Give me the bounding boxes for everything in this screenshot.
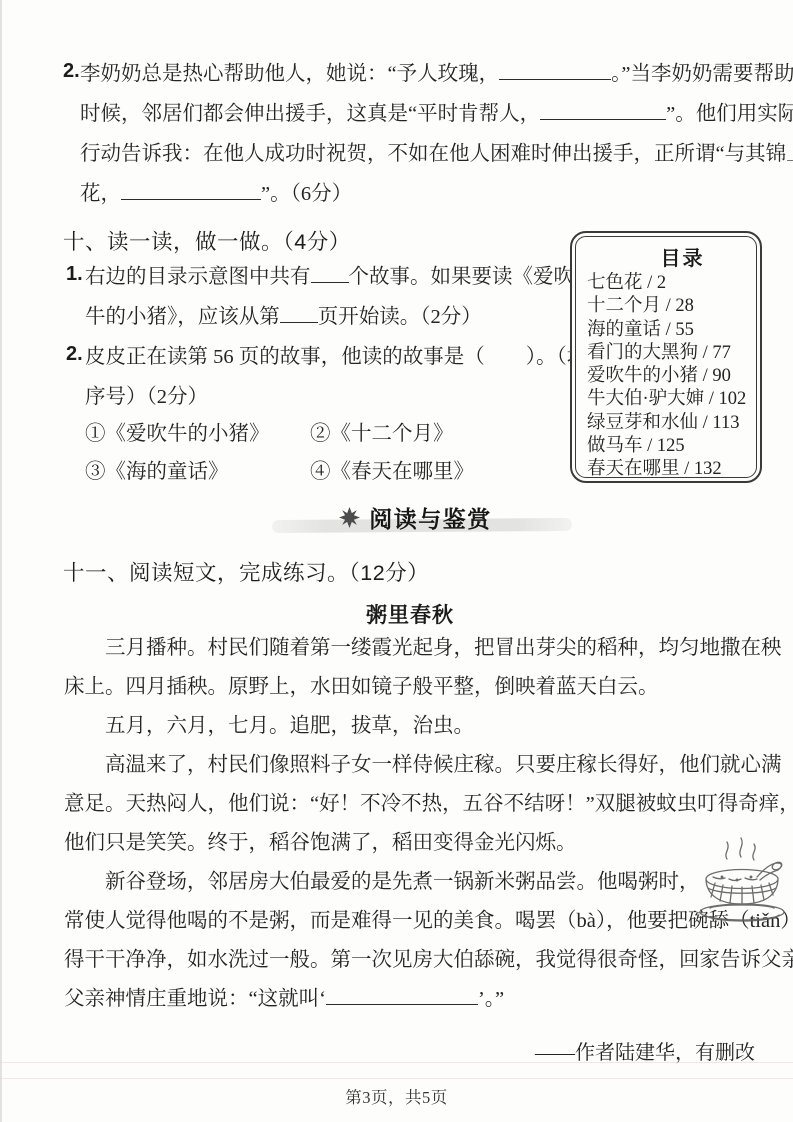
- page-footer: 第3页，共5页: [0, 1084, 793, 1108]
- catalog-entry: 爱吹牛的小猪 / 90: [587, 365, 750, 388]
- question-text: 个故事。如果要读《爱吹: [349, 266, 575, 288]
- question-text: 花，: [80, 183, 121, 205]
- fill-blank: [540, 114, 666, 120]
- catalog-entry: 七色花 / 2: [587, 272, 750, 295]
- question-line: 皮皮正在读第 56 页的故事，他读的故事是（ ）。（填: [85, 343, 587, 371]
- question-number: 1.: [66, 263, 83, 286]
- question-line: 时候，邻居们都会伸出援手，这真是“平时肯帮人，”。他们用实际: [80, 100, 793, 128]
- passage-text: 父亲神情庄重地说：“这就叫‘: [64, 988, 326, 1010]
- option-item: ①《爱吹牛的小猪》: [85, 420, 270, 448]
- fill-blank: [326, 999, 478, 1005]
- porridge-bowl-illustration: [697, 831, 792, 931]
- question-text: 页开始读。（2分）: [318, 306, 482, 328]
- catalog-title: 目录: [615, 242, 750, 271]
- passage-line: 常使人觉得他喝的不是粥，而是难得一见的美食。喝罢（bà），他要把碗舔（tiǎn）: [64, 902, 764, 941]
- catalog-entry: 绿豆芽和水仙 / 113: [587, 412, 750, 435]
- fill-blank: [499, 74, 611, 80]
- passage-title: 粥里春秋: [0, 599, 793, 629]
- catalog-box: 目录 七色花 / 2 十二个月 / 28 海的童话 / 55 看门的大黑狗 / …: [570, 231, 762, 483]
- scan-edge-shadow: [0, 0, 2, 1122]
- question-line: 右边的目录示意图中共有个故事。如果要读《爱吹: [85, 263, 574, 291]
- fill-blank: [311, 277, 349, 283]
- fill-blank: [280, 317, 318, 323]
- passage-line: 新谷登场，邻居房大伯最爱的是先煮一锅新米粥品尝。他喝粥时，: [64, 863, 764, 902]
- section-10-header: 十、读一读，做一做。（4分）: [63, 225, 351, 256]
- passage-body: 三月播种。村民们随着第一缕霞光起身，把冒出芽尖的稻种，均匀地撒在秧 床上。四月插…: [64, 629, 764, 1019]
- question-text: ”。他们用实际: [666, 103, 793, 125]
- catalog-entry: 春天在哪里 / 132: [587, 458, 750, 478]
- question-line: 行动告诉我：在他人成功时祝贺，不如在他人困难时伸出援手，正所谓“与其锦上添: [80, 140, 793, 168]
- starburst-icon: [339, 507, 360, 528]
- question-text: 李奶奶总是热心帮助他人，她说：“予人玫瑰，: [80, 63, 499, 85]
- catalog-entry: 看门的大黑狗 / 77: [587, 342, 750, 365]
- question-line: 李奶奶总是热心帮助他人，她说：“予人玫瑰，。”当李奶奶需要帮助的: [80, 60, 793, 88]
- passage-line: 三月播种。村民们随着第一缕霞光起身，把冒出芽尖的稻种，均匀地撒在秧: [64, 629, 764, 668]
- question-text: 行动告诉我：在他人成功时祝贺，不如在他人困难时伸出援手，正所谓“与其锦上添: [80, 143, 793, 165]
- passage-line: 高温来了，村民们像照料子女一样侍候庄稼。只要庄稼长得好，他们就心满: [64, 746, 764, 785]
- passage-line: 五月，六月，七月。追肥，拔草，治虫。: [64, 707, 764, 746]
- question-number: 2.: [63, 60, 80, 83]
- question-line: 花，”。（6分）: [80, 180, 352, 208]
- catalog-entry: 海的童话 / 55: [587, 319, 750, 342]
- question-text: 牛的小猪》，应该从第: [85, 306, 280, 328]
- option-item: ④《春天在哪里》: [310, 458, 474, 486]
- catalog-entry: 牛大伯·驴大婶 / 102: [587, 388, 750, 411]
- passage-line: 意足。天热闷人，他们说：“好！不冷不热，五谷不结呀！”双腿被蚊虫叮得奇痒，: [64, 785, 764, 824]
- section-11-header: 十一、阅读短文，完成练习。（12分）: [63, 556, 429, 587]
- attribution: ——作者陆建华，有删改: [535, 1036, 755, 1065]
- passage-line: 他们只是笑笑。终于，稻谷饱满了，稻田变得金光闪烁。: [64, 824, 764, 863]
- question-line: 牛的小猪》，应该从第页开始读。（2分）: [85, 303, 482, 331]
- worksheet-page: 2. 李奶奶总是热心帮助他人，她说：“予人玫瑰，。”当李奶奶需要帮助的 时候，邻…: [0, 0, 793, 1122]
- question-text: 。”当李奶奶需要帮助的: [611, 63, 793, 85]
- section-banner: 阅读与鉴赏: [0, 501, 793, 534]
- catalog-entry: 做马车 / 125: [587, 435, 750, 458]
- question-number: 2.: [66, 343, 83, 366]
- question-line: 序号）（2分）: [85, 383, 208, 411]
- option-item: ③《海的童话》: [85, 458, 229, 486]
- fill-blank: [121, 194, 261, 200]
- passage-line: 得干干净净，如水洗过一般。第一次见房大伯舔碗，我觉得很奇怪，回家告诉父亲，: [64, 941, 764, 980]
- question-text: ”。（6分）: [261, 183, 352, 205]
- passage-text: ’。”: [478, 988, 504, 1010]
- scan-artifact-line: [0, 1062, 793, 1063]
- question-text: 时候，邻居们都会伸出援手，这真是“平时肯帮人，: [80, 103, 540, 125]
- question-text: 右边的目录示意图中共有: [85, 266, 311, 288]
- catalog-box-inner: 目录 七色花 / 2 十二个月 / 28 海的童话 / 55 看门的大黑狗 / …: [575, 236, 757, 478]
- scan-artifact-line: [0, 1078, 793, 1079]
- option-item: ②《十二个月》: [310, 420, 454, 448]
- banner-label: 阅读与鉴赏: [369, 501, 492, 534]
- catalog-entry: 十二个月 / 28: [587, 295, 750, 318]
- passage-line: 床上。四月插秧。原野上，水田如镜子般平整，倒映着蓝天白云。: [64, 668, 764, 707]
- passage-line: 父亲神情庄重地说：“这就叫‘’。”: [64, 980, 764, 1019]
- steam-line: [726, 842, 728, 859]
